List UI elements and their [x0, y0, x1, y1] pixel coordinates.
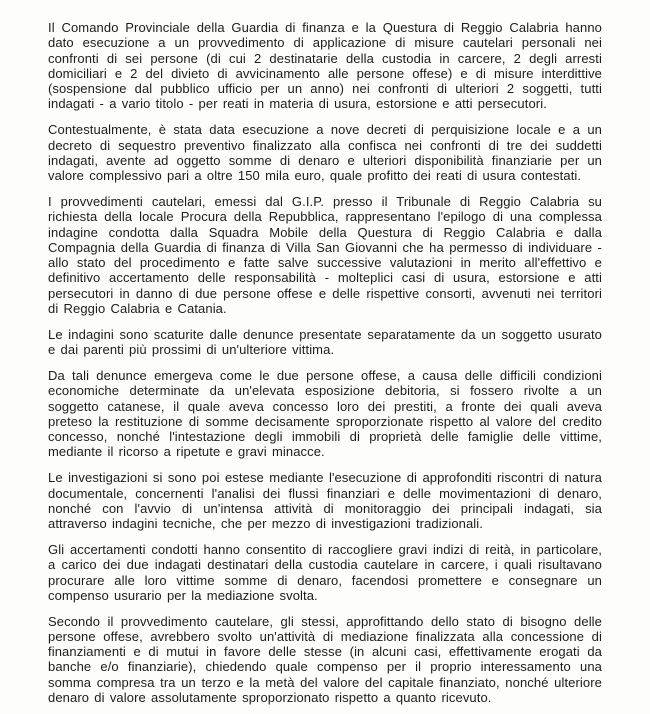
paragraph-3: I provvedimenti cautelari, emessi dal G.… — [48, 194, 602, 316]
paragraph-8: Secondo il provvedimento cautelare, gli … — [48, 614, 602, 706]
paragraph-2: Contestualmente, è stata data esecuzione… — [48, 122, 602, 183]
paragraph-6: Le investigazioni si sono poi estese med… — [48, 470, 602, 531]
paragraph-1: Il Comando Provinciale della Guardia di … — [48, 20, 602, 112]
document-page: Il Comando Provinciale della Guardia di … — [0, 0, 650, 714]
paragraph-7: Gli accertamenti condotti hanno consenti… — [48, 542, 602, 603]
paragraph-5: Da tali denunce emergeva come le due per… — [48, 368, 602, 460]
paragraph-4: Le indagini sono scaturite dalle denunce… — [48, 327, 602, 358]
